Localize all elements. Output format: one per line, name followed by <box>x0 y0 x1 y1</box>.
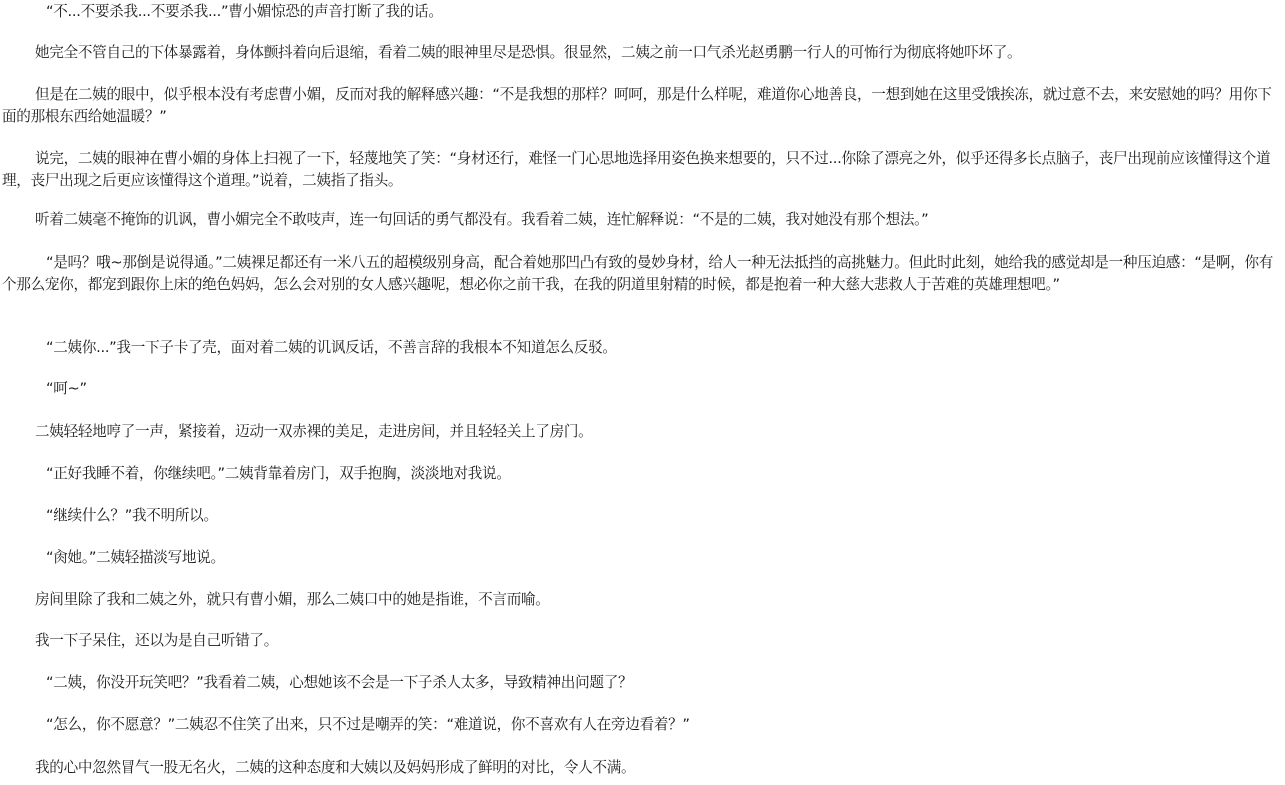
paragraph: 她完全不管自己的下体暴露着，身体颤抖着向后退缩，看着二姨的眼神里尽是恐惧。很显然… <box>2 42 1282 64</box>
paragraph: 房间里除了我和二姨之外，就只有曹小媚，那么二姨口中的她是指谁，不言而喻。 <box>2 589 1282 611</box>
paragraph: 我一下子呆住，还以为是自己听错了。 <box>2 630 1282 652</box>
paragraph: “正好我睡不着，你继续吧。”二姨背靠着房门，双手抱胸，淡淡地对我说。 <box>2 463 1282 485</box>
paragraph: “二姨你...”我一下子卡了壳，面对着二姨的讥讽反话，不善言辞的我根本不知道怎么… <box>2 337 1282 359</box>
paragraph: 我的心中忽然冒气一股无名火，二姨的这种态度和大姨以及妈妈形成了鲜明的对比，令人不… <box>2 757 1282 779</box>
paragraph: “不...不要杀我...不要杀我...”曹小媚惊恐的声音打断了我的话。 <box>2 1 1282 23</box>
paragraph: 说完，二姨的眼神在曹小媚的身体上扫视了一下，轻蔑地笑了笑：“身材还行，难怪一门心… <box>2 148 1282 192</box>
paragraph: 但是在二姨的眼中，似乎根本没有考虑曹小媚，反而对我的解释感兴趣：“不是我想的那样… <box>2 84 1282 128</box>
paragraph: “继续什么？”我不明所以。 <box>2 505 1282 527</box>
paragraph: “怎么，你不愿意？”二姨忍不住笑了出来，只不过是嘲弄的笑：“难道说，你不喜欢有人… <box>2 714 1282 736</box>
paragraph: “肏她。”二姨轻描淡写地说。 <box>2 547 1282 569</box>
paragraph: 听着二姨毫不掩饰的讥讽，曹小媚完全不敢吱声，连一句回话的勇气都没有。我看着二姨，… <box>2 209 1282 231</box>
paragraph: 二姨轻轻地哼了一声，紧接着，迈动一双赤裸的美足，走进房间，并且轻轻关上了房门。 <box>2 421 1282 443</box>
paragraph: “二姨，你没开玩笑吧？”我看着二姨，心想她该不会是一下子杀人太多，导致精神出问题… <box>2 672 1282 694</box>
paragraph: “呵~” <box>2 378 1282 400</box>
paragraph: “是吗？哦~那倒是说得通。”二姨裸足都还有一米八五的超模级别身高，配合着她那凹凸… <box>2 252 1282 296</box>
